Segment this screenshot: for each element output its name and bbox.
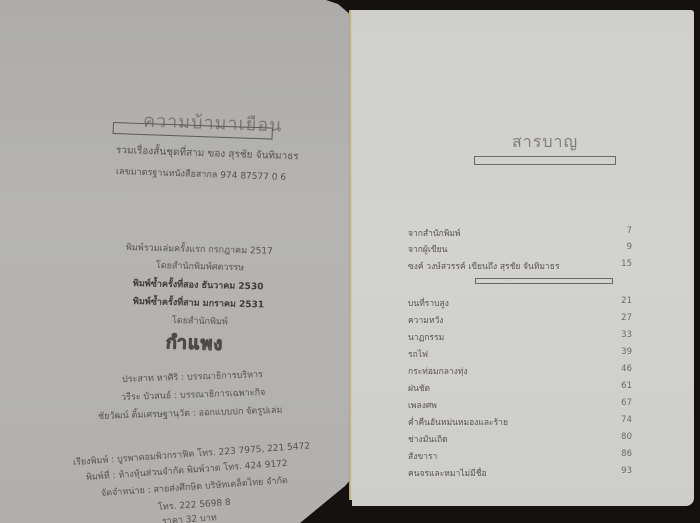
- toc-item-page: 9: [627, 242, 632, 256]
- isbn: เลขมาตรฐานหนังสือสากล 974 87577 0 6: [116, 164, 287, 184]
- toc-item: ความหวัง 27: [408, 313, 632, 327]
- left-page: ความบ้ามาเยือน รวมเรื่องสั้นชุดที่สาม ขอ…: [0, 0, 352, 523]
- toc-item-page: 21: [621, 296, 632, 310]
- toc-item: คนจรและหมาไม่มีชื่อ 93: [408, 466, 632, 480]
- toc-item-title: กระท่อมกลางทุ่ง: [408, 364, 468, 378]
- toc-item-title: จากสำนักพิมพ์: [408, 226, 461, 240]
- staff-line-2: วรีระ บัวสนธ์ : บรรณาธิการเฉพาะกิจ: [121, 385, 266, 404]
- toc-item-title: ช่างมันเถิด: [408, 432, 448, 446]
- toc-item-page: 80: [621, 432, 632, 446]
- toc-item: รถไฟ 39: [408, 347, 632, 361]
- toc-item: เพลงศพ 67: [408, 398, 632, 412]
- toc-title-box: [474, 156, 616, 165]
- toc-item: จากผู้เขียน 9: [408, 242, 632, 256]
- toc-item-page: 61: [621, 381, 632, 395]
- toc-item: จากสำนักพิมพ์ 7: [408, 226, 632, 240]
- toc-item-title: บนที่ราบสูง: [408, 296, 449, 310]
- toc-item-page: 74: [621, 415, 632, 429]
- edition-line-1: พิมพ์รวมเล่มครั้งแรก กรกฎาคม 2517: [126, 240, 273, 258]
- toc-item-page: 93: [621, 466, 632, 480]
- toc-item-title: รถไฟ: [408, 347, 428, 361]
- toc-item-title: นาฏกรรม: [408, 330, 444, 344]
- toc-item: สังขารา 86: [408, 449, 632, 463]
- toc-item-title: จากผู้เขียน: [408, 242, 447, 256]
- edition-line-5: โดยสำนักพิมพ์: [172, 313, 228, 328]
- toc-item: บนที่ราบสูง 21: [408, 296, 632, 310]
- toc-item: ช่างมันเถิด 80: [408, 432, 632, 446]
- staff-line-1: ประสาท หาศิริ : บรรณาธิการบริหาร: [122, 367, 263, 386]
- toc-item-page: 33: [621, 330, 632, 344]
- toc-title: สารบาญ: [512, 130, 578, 155]
- toc-item-page: 46: [621, 364, 632, 378]
- toc-item-title: เพลงศพ: [408, 398, 437, 412]
- toc-item-page: 15: [621, 259, 632, 273]
- toc-item-title: ค่ำคืนอันหม่นหมองและร้าย: [408, 415, 508, 429]
- toc-item-title: สังขารา: [408, 449, 437, 463]
- toc-divider-box: [475, 278, 613, 284]
- toc-item-page: 39: [621, 347, 632, 361]
- toc-item-title: ความหวัง: [408, 313, 443, 327]
- toc-item-page: 27: [621, 313, 632, 327]
- toc-item-title: ฝนชัด: [408, 381, 430, 395]
- edition-line-2: โดยสำนักพิมพ์ศตวรรษ: [156, 258, 244, 274]
- book-subtitle: รวมเรื่องสั้นชุดที่สาม ของ สุรชัย จันทิม…: [116, 143, 299, 164]
- toc-item-page: 67: [621, 398, 632, 412]
- toc-item: กระท่อมกลางทุ่ง 46: [408, 364, 632, 378]
- toc-item: นาฏกรรม 33: [408, 330, 632, 344]
- publisher-logo: กำแพง: [166, 327, 224, 358]
- toc-item-page: 7: [627, 226, 632, 240]
- toc-item: ค่ำคืนอันหม่นหมองและร้าย 74: [408, 415, 632, 429]
- toc-item: ซงค์ วงษ์สวรรค์ เขียนถึง สุรชัย จันทิมาธ…: [408, 259, 632, 273]
- toc-item: ฝนชัด 61: [408, 381, 632, 395]
- edition-line-3: พิมพ์ซ้ำครั้งที่สอง ธันวาคม 2530: [133, 276, 264, 293]
- toc-item-page: 86: [621, 449, 632, 463]
- edition-line-4: พิมพ์ซ้ำครั้งที่สาม มกราคม 2531: [133, 294, 264, 311]
- toc-item-title: ซงค์ วงษ์สวรรค์ เขียนถึง สุรชัย จันทิมาธ…: [408, 259, 560, 273]
- toc-item-title: คนจรและหมาไม่มีชื่อ: [408, 466, 487, 480]
- staff-line-3: ชัยวัฒน์ ติ้มเศรษฐานุวัต : ออกแบบปก จัดร…: [98, 403, 283, 423]
